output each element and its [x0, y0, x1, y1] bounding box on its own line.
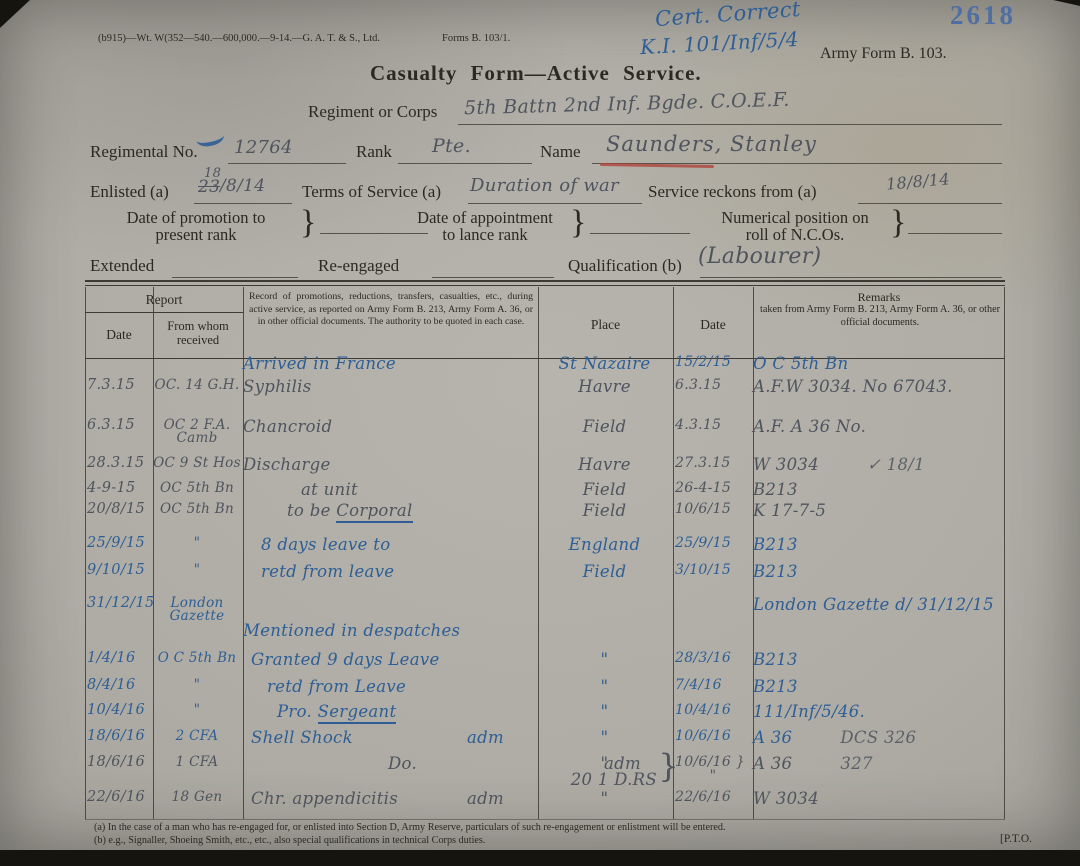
table-row: 22/6/1618 GenChr. appendicitisadm"22/6/1…: [85, 790, 1020, 816]
footnote-a: (a) In the case of a man who has re-enga…: [94, 822, 974, 833]
brace-glyph: }: [570, 206, 586, 240]
row-remarks: W 3034✓ 18/1: [753, 456, 1018, 473]
promotion-label: Date of promotion to present rank: [90, 209, 302, 244]
row-from-line1: ": [194, 677, 201, 693]
row-remarks: A 36DCS 326: [753, 729, 1018, 746]
table-row: 28.3.15OC 9 St HosDischargeHavre27.3.15W…: [85, 456, 1020, 482]
row-date: 7.3.15: [87, 378, 151, 393]
row-date-2: 10/4/16: [675, 703, 751, 718]
numerical-label: Numerical position on roll of N.C.Os.: [700, 209, 890, 244]
row-record: Chr. appendicitisadm: [243, 790, 546, 807]
table-row: 18/6/162 CFAShell Shockadm"10/6/16A 36DC…: [85, 729, 1020, 755]
row-date-2: 10/6/16 }": [675, 755, 751, 783]
record-note: adm: [467, 729, 504, 746]
reengaged-label: Re-engaged: [318, 256, 399, 276]
row-place: Field: [538, 563, 671, 580]
enlisted-struck: 23: [198, 177, 220, 197]
row-from-line1: ": [194, 535, 201, 551]
row-record: Arrived in France: [243, 355, 538, 372]
row-record: 8 days leave to: [243, 536, 556, 553]
row-date-2: 3/10/15: [675, 563, 751, 578]
row-record: Chancroid: [243, 418, 538, 435]
row-date-2-text: 22/6/16: [675, 789, 731, 805]
remarks-text: A.F.W 3034. No 67043.: [753, 377, 953, 396]
record-text: 8 days leave to: [261, 535, 390, 554]
qualification-label: Qualification (b): [568, 256, 682, 276]
printer-reference: (b915)—Wt. W(352—540.—600,000.—9-14.—G. …: [98, 33, 380, 44]
form-line: [700, 277, 1002, 278]
remarks-extra: ✓ 18/1: [867, 455, 925, 474]
row-date-2-text: 7/4/16: [675, 677, 722, 693]
table-top-rule-2: [85, 285, 1005, 286]
remarks-text: A.F. A 36 No.: [753, 417, 866, 436]
row-from-line1: OC 5th Bn: [160, 501, 234, 517]
row-record: Granted 9 days Leave: [243, 651, 546, 668]
row-place: ": [538, 755, 671, 772]
row-record: Discharge: [243, 456, 538, 473]
row-place: ": [538, 703, 671, 720]
pto-label: [P.T.O.: [1000, 833, 1032, 845]
row-date-2: 28/3/16: [675, 651, 751, 666]
remarks-extra: 327: [840, 754, 872, 773]
row-remarks: London Gazette d/ 31/12/15: [753, 596, 1018, 613]
row-date: 4-9-15: [87, 481, 151, 496]
row-date-2-text: 15/2/15: [675, 354, 731, 370]
regiment-label: Regiment or Corps: [308, 102, 437, 122]
row-remarks: B213: [753, 563, 1018, 580]
row-place: St Nazaire: [538, 355, 671, 372]
row-date-2-text: 3/10/15: [675, 562, 731, 578]
row-date: 18/6/16: [87, 729, 151, 744]
table-row: 25/9/15"8 days leave toEngland25/9/15B21…: [85, 536, 1020, 562]
rank-value: Pte.: [432, 135, 471, 157]
row-place: Field: [538, 418, 671, 435]
forms-reference: Forms B. 103/1.: [442, 33, 510, 44]
regimental-no-label: Regimental No.: [90, 142, 198, 162]
row-remarks: B213: [753, 651, 1018, 668]
row-from-line1: 18 Gen: [172, 789, 223, 805]
row-date-2: 7/4/16: [675, 678, 751, 693]
remarks-text: B213: [753, 650, 798, 669]
record-note: adm: [467, 790, 504, 807]
record-text: Syphilis: [243, 377, 312, 396]
row-place: Havre: [538, 378, 671, 395]
row-place: ": [538, 790, 671, 807]
remarks-text: K 17-7-5: [753, 501, 826, 520]
row-record: Pro. Sergeant: [243, 703, 572, 720]
row-date: 25/9/15: [87, 536, 151, 551]
row-date-2: 26-4-15: [675, 481, 751, 496]
ink-scribble: [195, 127, 226, 148]
remarks-text: London Gazette d/ 31/12/15: [753, 595, 994, 614]
row-place: Havre: [538, 456, 671, 473]
row-from-whom: OC 2 F.A.Camb: [153, 418, 241, 445]
name-label: Name: [540, 142, 581, 162]
row-date: 9/10/15: [87, 563, 151, 578]
table-row: 8/4/16"retd from Leave"7/4/16B213: [85, 678, 1020, 704]
row-remarks: W 3034: [753, 790, 1018, 807]
row-place: Field: [538, 481, 671, 498]
remarks-text: B213: [753, 677, 798, 696]
record-text: Arrived in France: [243, 354, 396, 373]
form-line: [398, 163, 532, 164]
file-reference-annotation: K.I. 101/Inf/5/4: [639, 27, 799, 59]
remarks-text: W 3034: [753, 455, 819, 474]
table-top-rule: [85, 280, 1005, 282]
remarks-text: 111/Inf/5/46.: [753, 702, 865, 721]
table-row: 10/4/16"Pro. Sergeant"10/4/16111/Inf/5/4…: [85, 703, 1020, 729]
row-from-line1: OC 5th Bn: [160, 480, 234, 496]
row-from-line1: 2 CFA: [176, 728, 219, 744]
row-from-whom: ": [153, 563, 241, 577]
row-date-2: 27.3.15: [675, 456, 751, 471]
row-date: 8/4/16: [87, 678, 151, 693]
record-text: Shell Shock: [251, 728, 353, 747]
table-row: 7.3.15OC. 14 G.H.SyphilisHavre6.3.15A.F.…: [85, 378, 1020, 404]
enlisted-label: Enlisted (a): [90, 182, 169, 202]
table-row: 1/4/16O C 5th BnGranted 9 days Leave"28/…: [85, 651, 1020, 677]
form-line: [194, 203, 292, 204]
remarks-text: B213: [753, 480, 798, 499]
row-date-2-text: 25/9/15: [675, 535, 731, 551]
record-text: Chr. appendicitis: [251, 789, 398, 808]
table-row: 9/10/15"retd from leaveField3/10/15B213: [85, 563, 1020, 589]
row-date: 22/6/16: [87, 790, 151, 805]
enlisted-rest: /8/14: [220, 176, 265, 196]
record-text: Granted 9 days Leave: [251, 650, 440, 669]
row-date-2-text: 4.3.15: [675, 417, 721, 433]
row-date-2: 15/2/15: [675, 355, 751, 370]
appointment-label: Date of appointment to lance rank: [400, 209, 570, 244]
row-date-2-text: 10/4/16: [675, 702, 731, 718]
footnote-b: (b) e.g., Signaller, Shoeing Smith, etc.…: [94, 835, 974, 846]
appointment-label-line1: Date of appointment: [417, 208, 553, 227]
army-form-number: Army Form B. 103.: [820, 45, 947, 63]
brace-glyph: }: [300, 206, 316, 240]
row-date-2: 10/6/15: [675, 502, 751, 517]
promotion-label-line1: Date of promotion to: [127, 208, 266, 227]
row-from-whom: O C 5th Bn: [153, 651, 241, 665]
remarks-text: A 36: [753, 728, 792, 747]
appointment-label-line2: to lance rank: [442, 225, 527, 244]
row-place: ": [538, 651, 671, 668]
row-from-whom: OC 5th Bn: [153, 481, 241, 495]
row-from-whom: ": [153, 536, 241, 550]
row-from-line1: ": [194, 702, 201, 718]
reckons-label: Service reckons from (a): [648, 182, 817, 202]
remarks-text: A 36: [753, 754, 792, 773]
row-from-whom: ": [153, 678, 241, 692]
record-text: Discharge: [243, 455, 331, 474]
name-value: Saunders, Stanley: [606, 132, 817, 156]
table-row: 6.3.15OC 2 F.A.CambChancroidField4.3.15A…: [85, 418, 1020, 444]
reckons-value: 18/8/14: [885, 169, 950, 193]
row-date-2-text: 10/6/16: [675, 728, 731, 744]
row-remarks: B213: [753, 678, 1018, 695]
record-text: retd from Leave: [267, 677, 406, 696]
record-text: Chancroid: [243, 417, 332, 436]
row-remarks: B213: [753, 536, 1018, 553]
remarks-text: O C 5th Bn: [753, 354, 848, 373]
form-line: [228, 163, 346, 164]
table-row: 20/8/15OC 5th Bnto be CorporalField10/6/…: [85, 502, 1020, 528]
row-from-whom: 1 CFA: [153, 755, 241, 769]
row-date: 20/8/15: [87, 502, 151, 517]
row-from-line1: 1 CFA: [176, 754, 219, 770]
row-record: Syphilis: [243, 378, 538, 395]
row-from-whom: 2 CFA: [153, 729, 241, 743]
row-date: 6.3.15: [87, 418, 151, 433]
row-from-whom: OC. 14 G.H.: [153, 378, 241, 392]
row-remarks: A.F. A 36 No.: [753, 418, 1018, 435]
row-date: 10/4/16: [87, 703, 151, 718]
form-line: [858, 203, 1002, 204]
record-text: Do.: [388, 754, 417, 773]
row-date: 1/4/16: [87, 651, 151, 666]
regimental-no-value: 12764: [234, 137, 293, 158]
row-from-line2: Camb: [153, 431, 241, 445]
regiment-value: 5th Battn 2nd Inf. Bgde. C.O.E.F.: [464, 89, 790, 120]
row-date-2-text: 10/6/15: [675, 501, 731, 517]
row-date-2-text: 26-4-15: [675, 480, 731, 496]
row-from-line1: ": [194, 562, 201, 578]
remarks-text: B213: [753, 562, 798, 581]
row-date-2: 6.3.15: [675, 378, 751, 393]
document-scan: (b915)—Wt. W(352—540.—600,000.—9-14.—G. …: [0, 0, 1080, 850]
row-place: England: [538, 536, 671, 553]
row-date-2: 4.3.15: [675, 418, 751, 433]
table-row: 31/12/15LondonGazetteMentioned in despat…: [85, 596, 1020, 622]
row-from-line1: OC 9 St Hos: [153, 455, 241, 471]
record-underlined-text: Sergeant: [318, 702, 397, 724]
extended-label: Extended: [90, 256, 154, 276]
row-date-2: 22/6/16: [675, 790, 751, 805]
promotion-label-line2: present rank: [155, 225, 236, 244]
row-remarks: A.F.W 3034. No 67043.: [753, 378, 1018, 395]
form-line: [468, 203, 642, 204]
terms-value: Duration of war: [470, 175, 619, 196]
row-record: Shell Shockadm: [243, 729, 546, 746]
row-remarks: B213: [753, 481, 1018, 498]
record-text: retd from leave: [261, 562, 394, 581]
numerical-label-line2: roll of N.C.Os.: [746, 225, 845, 244]
row-date: 28.3.15: [87, 456, 151, 471]
row-date: 31/12/15: [87, 596, 151, 611]
form-line: [458, 124, 1002, 125]
remarks-text: W 3034: [753, 789, 819, 808]
row-date: 18/6/16: [87, 755, 151, 770]
row-remarks: O C 5th Bn: [753, 355, 1018, 372]
brace-glyph: }: [890, 206, 906, 240]
row-date-2-ditto: ": [675, 769, 751, 784]
row-record: retd from Leave: [243, 678, 562, 695]
remarks-text: B213: [753, 535, 798, 554]
record-note-2: 20 1 D.RS: [571, 771, 657, 788]
row-from-whom: ": [153, 703, 241, 717]
row-record: Mentioned in despatches: [243, 622, 538, 639]
row-remarks: K 17-7-5: [753, 502, 1018, 519]
form-line: [432, 277, 554, 278]
row-record: to be Corporal: [243, 502, 582, 519]
row-from-whom: LondonGazette: [153, 596, 241, 623]
cert-correct-annotation: Cert. Correct: [654, 0, 801, 31]
row-record: retd from leave: [243, 563, 556, 580]
row-remarks: A 36327: [753, 755, 1018, 772]
row-remarks: 111/Inf/5/46.: [753, 703, 1018, 720]
terms-label: Terms of Service (a): [302, 182, 441, 202]
row-from-whom: 18 Gen: [153, 790, 241, 804]
form-line: [908, 233, 1002, 234]
qualification-value: (Labourer): [698, 244, 821, 269]
row-date-2-text: 6.3.15: [675, 377, 721, 393]
record-text: to be: [287, 501, 336, 520]
row-from-line1: OC. 14 G.H.: [155, 377, 240, 393]
row-date-2: 25/9/15: [675, 536, 751, 551]
table-row: 18/6/161 CFADo.adm20 1 D.RS}"10/6/16 }"A…: [85, 755, 1020, 781]
row-from-whom: OC 9 St Hos: [153, 456, 241, 470]
record-underlined-text: Corporal: [336, 501, 412, 523]
page-title: Casualty Form—Active Service.: [370, 61, 702, 86]
record-text: Pro.: [277, 702, 318, 721]
form-line: [172, 277, 298, 278]
remarks-extra: DCS 326: [840, 728, 916, 747]
table-rows: Arrived in FranceSt Nazaire15/2/15O C 5t…: [85, 287, 1005, 820]
numerical-label-line1: Numerical position on: [721, 208, 869, 227]
row-date-2-text: 28/3/16: [675, 650, 731, 666]
row-date-2-text: 27.3.15: [675, 455, 731, 471]
form-line: [590, 233, 690, 234]
record-text: Mentioned in despatches: [243, 621, 460, 640]
row-from-line2: Gazette: [153, 609, 241, 623]
rank-label: Rank: [356, 142, 392, 162]
row-place: Field: [538, 502, 671, 519]
record-text: at unit: [301, 480, 358, 499]
row-date-2: 10/6/16: [675, 729, 751, 744]
row-from-line1: O C 5th Bn: [158, 650, 237, 666]
page-number-stamp: 2618: [950, 0, 1016, 31]
row-from-whom: OC 5th Bn: [153, 502, 241, 516]
row-place: ": [538, 729, 671, 746]
row-place: ": [538, 678, 671, 695]
